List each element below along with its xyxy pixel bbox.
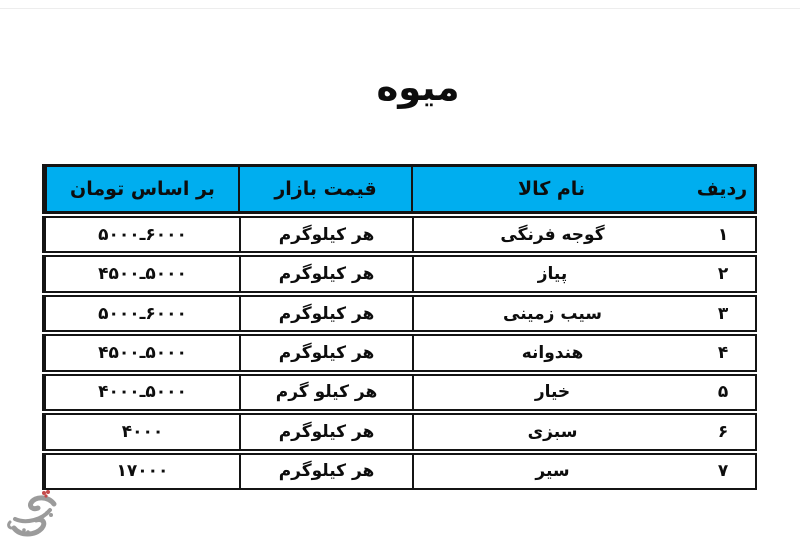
table-row: ۵ خیار هر کیلو گرم ۴۰۰۰ـ۵۰۰۰ <box>42 374 757 411</box>
header-cell-radif: ردیف <box>690 167 754 211</box>
table-row: ۴ هندوانه هر کیلوگرم ۴۵۰۰ـ۵۰۰۰ <box>42 334 757 371</box>
table-row: ۶ سبزی هر کیلوگرم ۴۰۰۰ <box>42 413 757 450</box>
product-name-cell: پیاز <box>412 257 691 290</box>
table-row: ۲ پیاز هر کیلوگرم ۴۵۰۰ـ۵۰۰۰ <box>42 255 757 292</box>
table-row: ۳ سیب زمینی هر کیلوگرم ۵۰۰۰ـ۶۰۰۰ <box>42 295 757 332</box>
market-price-cell: هر کیلوگرم <box>239 257 412 290</box>
header-cell-toman-basis: بر اساس تومان <box>45 167 238 211</box>
header-cell-market-price: قیمت بازار <box>238 167 411 211</box>
row-number-cell: ۶ <box>691 415 755 448</box>
market-price-cell: هر کیلوگرم <box>239 415 412 448</box>
product-name-cell: گوجه فرنگی <box>412 218 691 251</box>
page-title: میوه <box>18 66 800 109</box>
price-table: ردیف نام کالا قیمت بازار بر اساس تومان ۱… <box>42 164 757 490</box>
product-name-cell: هندوانه <box>412 336 691 369</box>
toman-price-cell: ۱۷۰۰۰ <box>44 455 239 488</box>
row-number-cell: ۲ <box>691 257 755 290</box>
toman-price-cell: ۴۰۰۰ـ۵۰۰۰ <box>44 376 239 409</box>
row-number-cell: ۳ <box>691 297 755 330</box>
product-name-cell: سیب زمینی <box>412 297 691 330</box>
watermark-logo-icon <box>2 486 68 550</box>
toman-price-cell: ۴۰۰۰ <box>44 415 239 448</box>
market-price-cell: هر کیلوگرم <box>239 218 412 251</box>
row-number-cell: ۱ <box>691 218 755 251</box>
toman-price-cell: ۴۵۰۰ـ۵۰۰۰ <box>44 257 239 290</box>
market-price-cell: هر کیلوگرم <box>239 297 412 330</box>
market-price-cell: هر کیلوگرم <box>239 336 412 369</box>
page: میوه ردیف نام کالا قیمت بازار بر اساس تو… <box>0 0 800 557</box>
toman-price-cell: ۵۰۰۰ـ۶۰۰۰ <box>44 218 239 251</box>
top-divider-line <box>0 8 800 9</box>
product-name-cell: خیار <box>412 376 691 409</box>
toman-price-cell: ۵۰۰۰ـ۶۰۰۰ <box>44 297 239 330</box>
product-name-cell: سیر <box>412 455 691 488</box>
market-price-cell: هر کیلوگرم <box>239 455 412 488</box>
row-number-cell: ۷ <box>691 455 755 488</box>
table-row: ۱ گوجه فرنگی هر کیلوگرم ۵۰۰۰ـ۶۰۰۰ <box>42 216 757 253</box>
table-row: ۷ سیر هر کیلوگرم ۱۷۰۰۰ <box>42 453 757 490</box>
header-cell-product-name: نام کالا <box>411 167 690 211</box>
market-price-cell: هر کیلو گرم <box>239 376 412 409</box>
row-number-cell: ۴ <box>691 336 755 369</box>
product-name-cell: سبزی <box>412 415 691 448</box>
table-header-row: ردیف نام کالا قیمت بازار بر اساس تومان <box>42 164 757 214</box>
row-number-cell: ۵ <box>691 376 755 409</box>
toman-price-cell: ۴۵۰۰ـ۵۰۰۰ <box>44 336 239 369</box>
